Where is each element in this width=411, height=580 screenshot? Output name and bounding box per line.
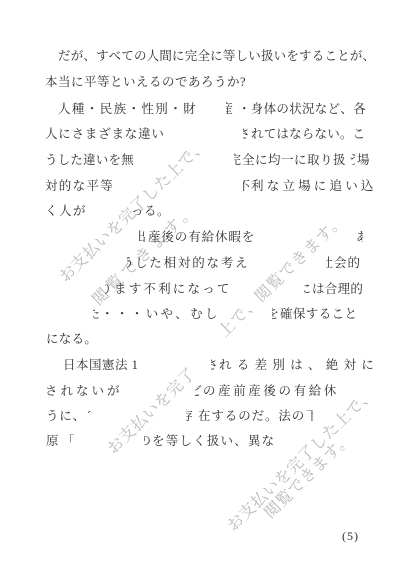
text-fragment: う — [348, 153, 355, 168]
text-segment: ます不利になって — [114, 282, 232, 297]
text-segment: 確保すること — [280, 307, 357, 322]
text-segment: 人にさまざまな違い — [45, 127, 165, 142]
watermark-text: お支払いを完了した上で、 — [221, 382, 379, 536]
text-segment: 場 — [357, 153, 370, 168]
text-segment: だが、すべての人間に完全に等しい扱いをすることが、 — [58, 49, 375, 64]
text-segment: を等しく扱い、異な — [152, 434, 275, 449]
text-segment: 在するのだ。法の — [198, 409, 305, 424]
text-segment: されないが — [45, 384, 123, 399]
text-fragment: 出 — [139, 230, 146, 245]
text-fragment: 社 — [326, 256, 333, 271]
text-segment: 日本国憲法 1 — [63, 358, 138, 373]
document-page: お支払いを完了した上で、閲覧できます。上で、閲覧できます。お支払いを完了した上で… — [0, 0, 411, 580]
text-segment: 産後の有給休暇を — [148, 230, 255, 245]
text-segment: は合理的 — [312, 282, 363, 297]
text-fragment: た — [93, 307, 100, 322]
text-fragment: り — [105, 282, 112, 297]
text-fragment: さ — [243, 127, 250, 142]
text-segment: 利な立場に追い込 — [251, 179, 377, 194]
text-segment: ・身体の状況など、各 — [238, 102, 366, 117]
text-segment: 全に均一に取り扱 — [242, 153, 346, 168]
text-segment: る。 — [144, 204, 170, 219]
text-fragment: あ — [356, 230, 363, 245]
text-segment: 原 — [46, 434, 59, 449]
text-fragment: さ — [211, 358, 218, 373]
text-fragment: 存 — [186, 409, 193, 424]
text-segment: 人種・民族・性別・財 — [58, 102, 197, 117]
text-fragment: を — [272, 307, 279, 322]
text-segment: く人が — [45, 204, 87, 219]
text-segment: の産前産後の有給休 — [203, 384, 339, 399]
text-segment: になる。 — [46, 332, 97, 347]
text-segment: ・・・いや、むし — [101, 307, 220, 322]
text-segment: 「 — [62, 434, 75, 449]
text-fragment: う — [127, 256, 134, 271]
page-number: (5) — [342, 529, 359, 544]
text-segment: 会的 — [334, 256, 361, 271]
text-segment: した相対的な考え — [135, 256, 249, 271]
text-fragment: 下 — [306, 409, 313, 424]
text-fragment: の — [144, 434, 151, 449]
text-segment: っ — [131, 204, 144, 219]
text-segment: うした違いを無 — [45, 153, 134, 168]
text-segment: 本当に平等といえるのであろうか? — [45, 75, 246, 90]
text-segment: 対的な平等 — [45, 179, 114, 194]
text-segment: れてはならない。こ — [251, 127, 365, 142]
text-fragment: 産 — [226, 102, 233, 117]
text-segment: ´ — [87, 409, 91, 424]
text-fragment: ど — [195, 384, 202, 399]
text-fragment: に — [304, 282, 311, 297]
text-segment: うに、 — [46, 409, 86, 424]
text-segment: れる差別は、絶対に — [219, 358, 379, 373]
text-fragment: 完 — [234, 153, 241, 168]
text-fragment: 不 — [243, 179, 250, 194]
